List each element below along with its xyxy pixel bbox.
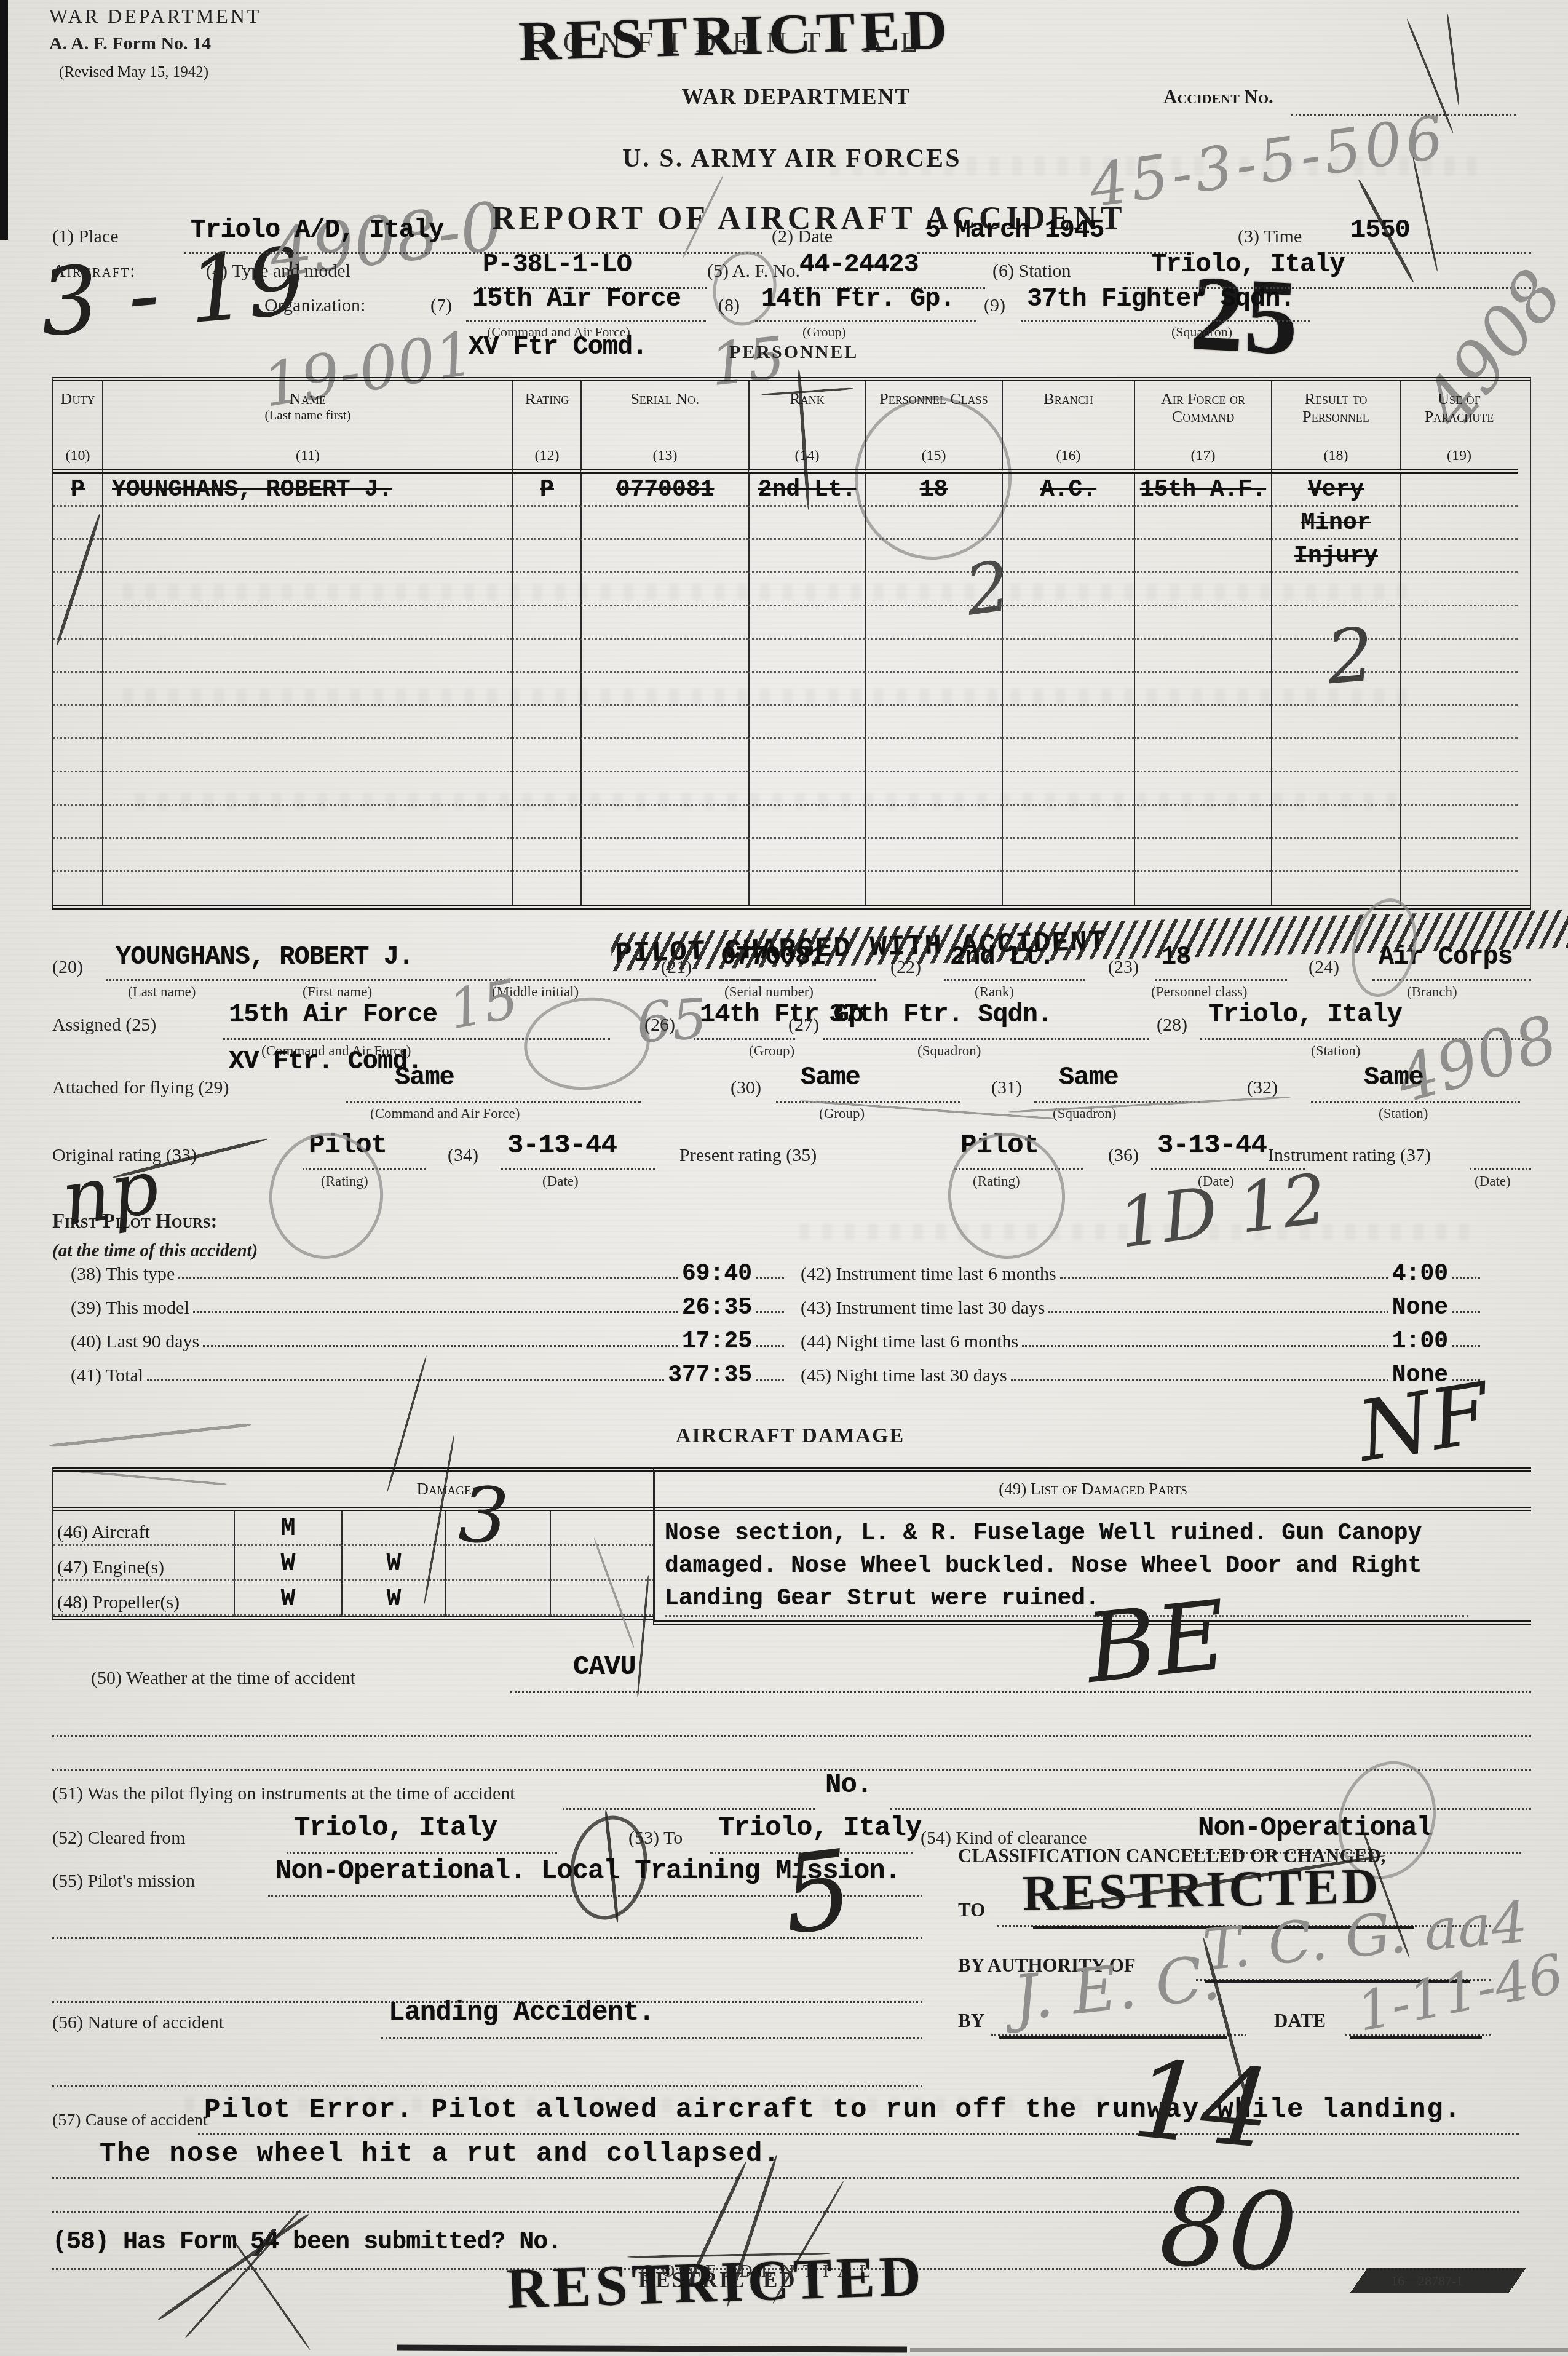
scanned-accident-report-page: WAR DEPARTMENT A. A. F. Form No. 14 (Rev…	[0, 0, 1568, 2356]
hw-2-result: 2	[1323, 612, 1377, 701]
hw-5: 5	[776, 1826, 859, 1959]
field-21-label: (21)	[661, 957, 692, 978]
damaged-parts-line: Nose section, L. & R. Fuselage Well ruin…	[665, 1517, 1531, 1550]
damage-engine-code-1: W	[234, 1546, 341, 1581]
pencil-scribble	[1008, 1096, 1291, 1113]
field-50-label: (50) Weather at the time of accident	[91, 1668, 355, 1689]
hw-be: BE	[1081, 1579, 1232, 1705]
pencil-loop	[520, 991, 655, 1097]
damage-table: Damage (46) Aircraft M (47) Engine(s) W …	[52, 1467, 653, 1620]
cell-name: YOUNGHANS, ROBERT J.	[102, 474, 512, 507]
hours-row: (38) This type69:40	[71, 1258, 784, 1285]
damaged-parts-line: Landing Gear Strut were ruined.	[665, 1582, 1468, 1617]
field-20-value: YOUNGHANS, ROBERT J.	[116, 942, 413, 972]
field-25-value: 15th Air Force	[229, 1000, 437, 1029]
field-25-extra-value: XV Ftr. Comd.	[229, 1047, 422, 1076]
personnel-table: Duty(10) Name(Last name first)(11) Ratin…	[52, 377, 1531, 910]
field-50-value: CAVU	[573, 1652, 636, 1683]
field-afno-value: 44-24423	[799, 250, 919, 279]
dotted-line	[346, 1101, 641, 1103]
dotted-line	[184, 252, 762, 254]
cell-result-3: Injury	[1271, 540, 1400, 573]
aircraft-prefix: Aircraft:	[52, 261, 137, 282]
field-place-label: (1) Place	[52, 226, 118, 247]
assigned-label: Assigned (25)	[52, 1015, 156, 1036]
field-27-sublabel: (Squadron)	[917, 1043, 981, 1059]
field-23-sublabel: (Personnel class)	[1151, 984, 1248, 1000]
hours-row: (39) This model26:35	[71, 1292, 784, 1319]
dotted-line	[694, 1038, 795, 1040]
field-53-label: (53) To	[628, 1828, 683, 1849]
hours-row: (40) Last 90 days17:25	[71, 1326, 784, 1352]
hours-row: (44) Night time last 6 months1:00	[801, 1326, 1480, 1352]
hours-41-label: (41) Total	[71, 1365, 143, 1386]
field-8-sublabel: (Group)	[802, 324, 846, 340]
blank-dotted-line	[52, 2085, 922, 2087]
field-8-label: (8)	[718, 295, 740, 316]
field-7-value: 15th Air Force	[472, 284, 681, 314]
cell-result: Very	[1271, 474, 1400, 507]
field-27-value: 37th Ftr. Sqdn.	[829, 1000, 1052, 1029]
hw-nf: NF	[1352, 1365, 1495, 1480]
field-58-value: No.	[519, 2229, 561, 2256]
field-station-label: (6) Station	[992, 261, 1071, 282]
field-58-pre: (58) Has Form	[52, 2229, 236, 2256]
damaged-parts-heading: (49) List of Damaged Parts	[655, 1472, 1531, 1511]
field-20-sub-last: (Last name)	[128, 984, 196, 1000]
field-52-value: Triolo, Italy	[294, 1813, 497, 1844]
field-station-value: Triolo, Italy	[1151, 250, 1345, 279]
col-rank: Rank(14)	[748, 381, 865, 474]
hours-row: (41) Total377:35	[71, 1360, 784, 1386]
damage-propeller-code-1: W	[234, 1581, 341, 1616]
scan-edge-artifact	[0, 0, 8, 240]
field-34-value: 3-13-44	[507, 1130, 617, 1161]
hours-row: (43) Instrument time last 30 daysNone	[801, 1292, 1480, 1319]
scan-edge-artifact	[910, 2348, 1568, 2352]
cell-duty: P	[53, 474, 102, 507]
field-28-label: (28)	[1157, 1015, 1187, 1036]
scan-edge-artifact	[397, 2345, 907, 2353]
field-56-label: (56) Nature of accident	[52, 2012, 224, 2033]
field-34-label: (34)	[448, 1145, 478, 1166]
present-rating-label: Present rating (35)	[679, 1145, 817, 1166]
field-21-value: 0770081	[721, 942, 825, 972]
field-58-line: (58) Has Form 54 been submitted? No.	[52, 2229, 561, 2256]
field-52-label: (52) Cleared from	[52, 1828, 186, 1849]
blank-dotted-line	[52, 2211, 1519, 2213]
field-55-label: (55) Pilot's mission	[52, 1871, 195, 1892]
field-24-label: (24)	[1309, 957, 1339, 978]
field-7-label: (7)	[430, 295, 452, 316]
field-20-sub-first: (First name)	[303, 984, 372, 1000]
hours-42-value: 4:00	[1392, 1261, 1448, 1287]
dotted-line	[563, 1808, 815, 1810]
field-22-label: (22)	[890, 957, 921, 978]
field-23-value: 18	[1161, 942, 1190, 972]
hours-44-value: 1:00	[1392, 1328, 1448, 1355]
dotted-line	[510, 1691, 1531, 1693]
field-20-label: (20)	[52, 957, 83, 978]
col-personnel-class: Personnel Class(15)	[865, 381, 1002, 474]
field-26-label: (26)	[644, 1015, 675, 1036]
field-37-sublabel: (Date)	[1475, 1173, 1511, 1189]
field-56-value: Landing Accident.	[389, 1997, 654, 2028]
hours-39-label: (39) This model	[71, 1298, 189, 1319]
damaged-parts-line: damaged. Nose Wheel buckled. Nose Wheel …	[665, 1550, 1531, 1582]
field-57-label: (57) Cause of accident	[52, 2111, 208, 2130]
field-23-label: (23)	[1108, 957, 1139, 978]
usaaf-line: U. S. ARMY AIR FORCES	[622, 144, 962, 173]
field-8-value: 14th Ftr. Gp.	[761, 284, 955, 314]
damage-heading: AIRCRAFT DAMAGE	[667, 1424, 913, 1448]
hours-45-label: (45) Night time last 30 days	[801, 1365, 1007, 1386]
field-time-label: (3) Time	[1238, 226, 1302, 247]
damage-table-header: Damage	[53, 1472, 653, 1511]
cell-result-2: Minor	[1271, 507, 1400, 540]
field-32-label: (32)	[1247, 1077, 1278, 1098]
cell-branch: A.C.	[1002, 474, 1134, 507]
cell-command: 15th A.F.	[1134, 474, 1271, 507]
field-26-sublabel: (Group)	[749, 1043, 794, 1059]
accident-no-label: Accident No.	[1163, 86, 1273, 108]
form-department: WAR DEPARTMENT	[49, 5, 261, 28]
hours-43-value: None	[1392, 1295, 1448, 1321]
blank-dotted-line	[52, 1769, 1531, 1771]
col-result: Result to Personnel(18)	[1271, 381, 1400, 474]
form-number: A. A. F. Form No. 14	[49, 33, 211, 54]
dotted-line	[1021, 320, 1310, 322]
hw-4908-lower: 4908	[1388, 1001, 1566, 1117]
field-28-sublabel: (Station)	[1311, 1043, 1361, 1059]
hw-1d12: 1D 12	[1114, 1159, 1331, 1264]
blank-dotted-line	[52, 1735, 1531, 1737]
by-label: BY	[958, 2010, 984, 2032]
personnel-table-header: Duty(10) Name(Last name first)(11) Ratin…	[53, 381, 1530, 474]
cell-rating: P	[512, 474, 580, 507]
field-date-value: 5 March 1945	[925, 215, 1104, 245]
dotted-line	[1155, 979, 1287, 981]
hours-40-value: 17:25	[682, 1328, 752, 1355]
restricted-stamp-bottom: RESTRICTED	[505, 2243, 926, 2322]
field-28-value: Triolo, Italy	[1208, 1000, 1402, 1029]
field-21-sublabel: (Serial number)	[724, 984, 814, 1000]
col-name: Name(Last name first)(11)	[102, 381, 512, 474]
hours-row: (42) Instrument time last 6 months4:00	[801, 1258, 1480, 1285]
hours-39-value: 26:35	[682, 1295, 752, 1321]
hw-14: 14	[1128, 2037, 1275, 2173]
dotted-line	[106, 979, 764, 981]
field-31-label: (31)	[991, 1077, 1022, 1098]
field-30-value: Same	[801, 1063, 860, 1092]
field-9-sublabel: (Squadron)	[1171, 324, 1232, 340]
dotted-line	[715, 979, 876, 981]
solid-underline	[999, 2036, 1227, 2039]
field-34-sublabel: (Date)	[542, 1173, 579, 1189]
pen-stroke	[1446, 14, 1460, 105]
field-27-label: (27)	[788, 1015, 819, 1036]
col-duty: Duty(10)	[53, 381, 102, 474]
field-30-sublabel: (Group)	[819, 1106, 865, 1122]
field-57-line2: The nose wheel hit a rut and collapsed.	[100, 2139, 781, 2170]
col-air-force: Air Force or Command(17)	[1134, 381, 1271, 474]
damage-row-engine: (47) Engine(s) W W	[53, 1546, 653, 1581]
col-parachute: Use of Parachute(19)	[1400, 381, 1518, 474]
hours-40-label: (40) Last 90 days	[71, 1331, 199, 1352]
field-51-value: No.	[825, 1770, 872, 1801]
hw-15-assigned: 15	[444, 967, 523, 1042]
damage-propeller-code-2: W	[341, 1581, 445, 1616]
print-code: 16—28787-1	[1391, 2273, 1463, 2289]
field-type-label: (4) Type and model	[206, 261, 350, 282]
personnel-heading: PERSONNEL	[729, 342, 858, 363]
dotted-line	[944, 979, 1085, 981]
dotted-line	[381, 2037, 922, 2039]
field-22-value: 2nd Lt.	[950, 942, 1054, 972]
field-36-value: 3-13-44	[1157, 1130, 1267, 1161]
dotted-line	[466, 320, 706, 322]
field-7-extra-value: XV Ftr Comd.	[469, 332, 647, 362]
organization-prefix: Organization:	[264, 295, 365, 316]
hours-44-label: (44) Night time last 6 months	[801, 1331, 1018, 1352]
hours-41-value: 377:35	[668, 1362, 752, 1389]
field-9-value: 37th Fighter Sqdn.	[1027, 284, 1295, 314]
blank-dotted-line	[52, 1937, 922, 1939]
field-29-sublabel: (Command and Air Force)	[370, 1106, 520, 1122]
damage-aircraft-code: M	[234, 1511, 341, 1546]
field-29-value: Same	[395, 1063, 454, 1092]
restricted-stamp-top: RESTRICTED	[518, 0, 953, 74]
cell-serial: 0770081	[580, 474, 748, 507]
dotted-line	[823, 1038, 1149, 1040]
hours-42-label: (42) Instrument time last 6 months	[801, 1264, 1056, 1285]
field-date-label: (2) Date	[772, 226, 833, 247]
field-32-value: Same	[1364, 1063, 1423, 1092]
field-36-label: (36)	[1108, 1145, 1139, 1166]
field-32-sublabel: (Station)	[1379, 1106, 1428, 1122]
war-department-line: WAR DEPARTMENT	[664, 84, 929, 109]
field-30-label: (30)	[731, 1077, 761, 1098]
damage-row-propeller: (48) Propeller(s) W W	[53, 1581, 653, 1616]
col-serial: Serial No.(13)	[580, 381, 748, 474]
field-57-line1: Pilot Error. Pilot allowed aircraft to r…	[204, 2095, 1462, 2125]
personnel-table-body: PYOUNGHANS, ROBERT J.P07700812nd Lt.18A.…	[53, 474, 1530, 905]
hours-38-value: 69:40	[682, 1261, 752, 1287]
cell-rank: 2nd Lt.	[748, 474, 865, 507]
hours-heading: First Pilot Hours:	[52, 1210, 218, 1233]
field-24-sublabel: (Branch)	[1407, 984, 1457, 1000]
date-label: DATE	[1274, 2010, 1326, 2032]
cell-class: 18	[865, 474, 1002, 507]
dotted-line	[501, 1168, 655, 1170]
dotted-line	[755, 320, 976, 322]
dotted-line	[1328, 252, 1531, 254]
field-afno-label: (5) A. F. No.	[707, 261, 800, 282]
dotted-line	[287, 1852, 557, 1854]
field-place-value: Triolo A/D, Italy	[191, 215, 443, 245]
field-58-post: been submitted?	[293, 2229, 505, 2256]
dotted-line	[198, 2133, 1519, 2135]
classification-to-label: TO	[958, 1899, 985, 1921]
hw-3-damage: 3	[456, 1470, 511, 1562]
dotted-line	[1470, 1168, 1531, 1170]
attached-label: Attached for flying (29)	[52, 1077, 229, 1098]
hours-38-label: (38) This type	[71, 1264, 175, 1285]
field-22-sublabel: (Rank)	[975, 984, 1014, 1000]
form-revision: (Revised May 15, 1942)	[59, 64, 208, 81]
field-type-value: P-38L-1-LO	[483, 250, 632, 279]
field-9-label: (9)	[984, 295, 1005, 316]
hours-43-label: (43) Instrument time last 30 days	[801, 1298, 1045, 1319]
pencil-scribble	[49, 1423, 251, 1448]
damage-row-aircraft: (46) Aircraft M	[53, 1511, 653, 1546]
hw-accident-number: 45-3-5-506	[1085, 103, 1451, 221]
col-rating: Rating(12)	[512, 381, 580, 474]
field-31-value: Same	[1059, 1063, 1119, 1092]
field-51-label: (51) Was the pilot flying on instruments…	[52, 1783, 515, 1804]
col-branch: Branch(16)	[1002, 381, 1134, 474]
dotted-line	[1311, 1101, 1520, 1103]
